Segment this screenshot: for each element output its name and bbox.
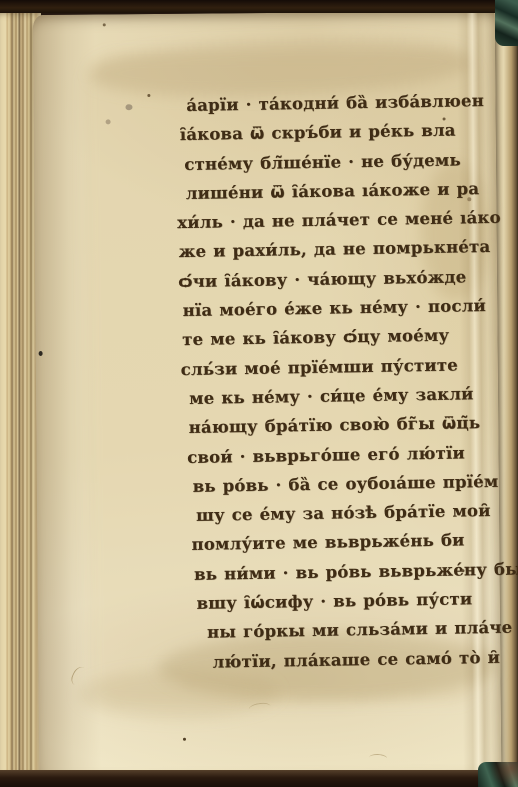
text-block: а́арїи · та́кодни́ ба̏ изба́влюен і̑а́ко… (175, 85, 518, 677)
ink-speck (147, 94, 150, 97)
text-line: лю́тїи, пла́каше се само́ то̀ и̑ (212, 642, 518, 677)
book-photo: а́арїи · та́кодни́ ба̏ изба́влюен і̑а́ко… (0, 0, 518, 787)
ink-speck (39, 351, 43, 356)
book-cover-top (0, 0, 518, 13)
ink-speck (462, 569, 465, 572)
ink-speck (443, 117, 446, 120)
ink-speck (103, 23, 106, 26)
paper-fiber (369, 754, 387, 763)
ink-speck (125, 104, 132, 110)
gutter-shadow (33, 14, 102, 781)
marbled-cover-corner-top (495, 0, 518, 46)
ink-speck (106, 119, 111, 124)
book-cover-bottom (0, 770, 518, 787)
ink-speck (183, 738, 186, 741)
marbled-cover-corner-bottom (478, 762, 518, 787)
ink-speck (467, 197, 471, 201)
manuscript-page: а́арїи · та́кодни́ ба̏ изба́влюен і̑а́ко… (33, 11, 502, 781)
